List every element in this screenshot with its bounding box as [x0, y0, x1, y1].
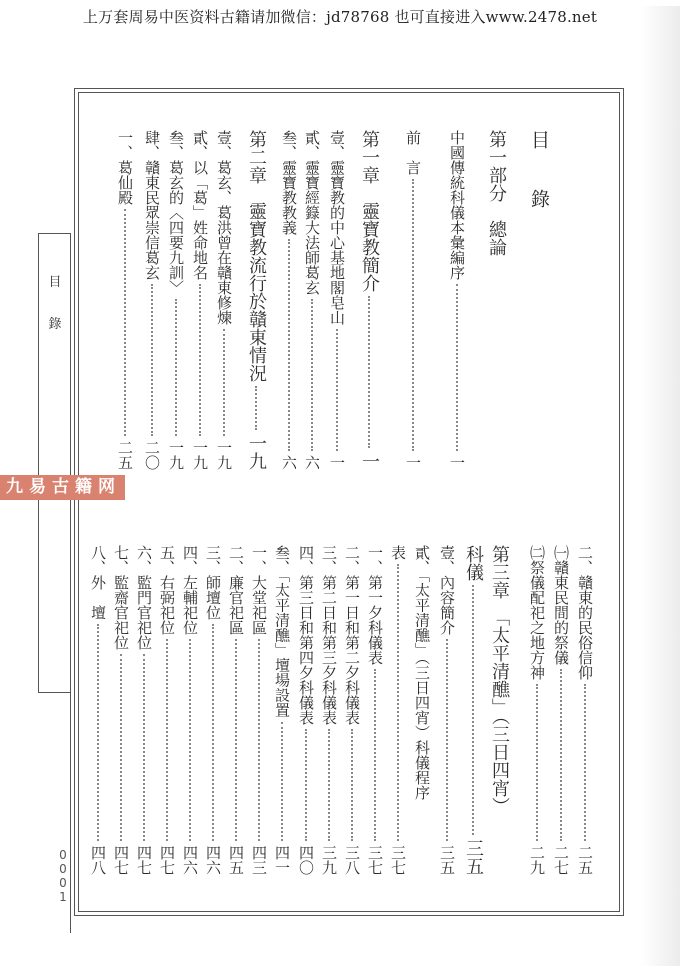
toc-entry-page: 一: [448, 455, 466, 470]
toc-entry: 壹、葛玄、葛洪曾在贛東修煉一九: [215, 130, 233, 470]
dot-leader: [212, 624, 214, 841]
toc-entry-label: 貳、以「葛」姓命地名: [191, 130, 209, 280]
toc-entry-page: 四一: [273, 845, 291, 875]
toc-entry: 七、監齋官祀位四七: [112, 545, 130, 875]
toc-entry-page: 四〇: [297, 845, 315, 875]
toc-entry: 壹、內容簡介三五: [438, 545, 456, 875]
toc-entry-page: 二五: [116, 440, 134, 470]
toc-entry-page: 一: [404, 455, 422, 470]
toc-entry: 第二章 靈寶教流行於贛東情況一九: [245, 130, 267, 470]
toc-entry-page: 一九: [167, 440, 185, 470]
toc-entry-page: 一: [328, 455, 346, 470]
dot-leader: [472, 585, 474, 835]
dot-leader: [258, 639, 260, 841]
toc-entry: 三、第二日和第三夕科儀表三九: [320, 545, 338, 875]
toc-entry-page: 四七: [158, 845, 176, 875]
toc-entry-label: 第二章 靈寶教流行於贛東情況: [247, 130, 265, 382]
dot-leader: [124, 209, 126, 436]
toc-entry-page: 三五: [464, 839, 482, 875]
toc-entry-page: 一九: [191, 440, 209, 470]
toc-entry-label: 壹、靈寶教的中心基地閣皂山: [328, 130, 346, 325]
dot-leader: [143, 654, 145, 841]
toc-entry: 四、左輔祀位四六: [181, 545, 199, 875]
side-tab-rule: [70, 233, 71, 933]
toc-entry-page: 一: [360, 452, 378, 470]
toc-entry-label: 二、第一日和第二夕科儀表: [343, 545, 361, 725]
toc-entry-page: 一九: [247, 434, 265, 470]
toc-entry-page: 二九: [528, 845, 546, 875]
toc-entry: 第一章 靈寶教簡介一: [358, 130, 380, 470]
dot-leader: [235, 639, 237, 841]
toc-entry-label: 一、大堂祀區: [250, 545, 268, 635]
toc-entry: 二、第一日和第二夕科儀表三八: [343, 545, 361, 875]
toc-entry-label: 六、監門官祀位: [135, 545, 153, 650]
toc-entry-label: 五、右弼祀位: [158, 545, 176, 635]
toc-entry-page: 四三: [250, 845, 268, 875]
toc-entry-label: 第一部分 總論: [487, 130, 505, 256]
dot-leader: [199, 284, 201, 436]
toc-entry-page: 四六: [181, 845, 199, 875]
toc-entry: 中國傳統科儀本彙編序一: [448, 130, 466, 470]
dot-leader: [374, 669, 376, 841]
top-banner-text: 上万套周易中医资料古籍请加微信：jd78768 也可直接进入www.2478.n…: [0, 6, 680, 27]
toc-entry: 一、第一夕科儀表三七: [366, 545, 384, 875]
toc-entry: 前 言一: [404, 130, 422, 470]
toc-entry-label: 四、左輔祀位: [181, 545, 199, 635]
toc-entry: ㈡祭儀配祀之地方神二九: [528, 545, 546, 875]
toc-entry-label: 叁、「太平清醮」壇場設置: [273, 545, 291, 718]
toc-entry: 叁、靈寶教教義六: [280, 130, 298, 470]
side-tab-label: 目 錄: [46, 262, 64, 346]
dot-leader: [97, 624, 99, 841]
page-edge-shadow: [640, 6, 680, 966]
toc-entry-page: 一九: [215, 440, 233, 470]
toc-entry: 八、外 壇四八: [89, 545, 107, 875]
toc-entry-label: 貳、「太平清醮」（三日四宵）科儀程序: [413, 545, 431, 800]
toc-entry: 叁、葛玄的〈四要九訓〉一九: [167, 130, 185, 470]
toc-entry-page: 四八: [89, 845, 107, 875]
toc-entry-label: 科儀: [464, 545, 482, 581]
dot-leader: [151, 284, 153, 436]
toc-entry: 叁、「太平清醮」壇場設置四一: [273, 545, 291, 875]
toc-entry-label: ㈠贛東民間的祭儀: [552, 545, 570, 665]
toc-entry: 一、葛仙殿二五: [116, 130, 134, 470]
toc-entry-label: 前 言: [404, 130, 422, 175]
dot-leader: [584, 684, 586, 841]
toc-entry: 第一部分 總論: [485, 130, 507, 470]
toc-entry-page: 三九: [320, 845, 338, 875]
toc-entry-label: 肆、贛東民眾崇信葛玄: [143, 130, 161, 280]
dot-leader: [281, 722, 283, 842]
toc-entry-label: 三、師壇位: [204, 545, 222, 620]
toc-entry: ㈠贛東民間的祭儀二七: [552, 545, 570, 875]
toc-entry: 二、贛東的民俗信仰二五: [576, 545, 594, 875]
toc-entry-page: 六: [303, 455, 321, 470]
toc-entry-label: 叁、葛玄的〈四要九訓〉: [167, 130, 185, 295]
toc-entry-label: 中國傳統科儀本彙編序: [448, 130, 466, 280]
dot-leader: [166, 639, 168, 841]
toc-entry-label: 二、廉官祀區: [227, 545, 245, 635]
toc-entry: 貳、以「葛」姓命地名一九: [191, 130, 209, 470]
toc-entry: 壹、靈寶教的中心基地閣皂山一: [328, 130, 346, 470]
toc-entry-page: 三七: [366, 845, 384, 875]
toc-entry-label: 二、贛東的民俗信仰: [576, 545, 594, 680]
toc-entry-label: 三、第二日和第三夕科儀表: [320, 545, 338, 725]
toc-entry: 五、右弼祀位四七: [158, 545, 176, 875]
toc-entry-page: 二七: [552, 845, 570, 875]
dot-leader: [328, 729, 330, 841]
toc-entry-label: 一、葛仙殿: [116, 130, 134, 205]
toc-entry-label: 壹、內容簡介: [438, 545, 456, 635]
page-number: 0001: [56, 848, 70, 904]
toc-entry-label: 貳、靈寶經籙大法師葛玄: [303, 130, 321, 295]
toc-entry: 二、廉官祀區四五: [227, 545, 245, 875]
toc-entry-page: 四六: [204, 845, 222, 875]
toc-entry: 六、監門官祀位四七: [135, 545, 153, 875]
dot-leader: [560, 669, 562, 841]
toc-entry: 三、師壇位四六: [204, 545, 222, 875]
dot-leader: [255, 386, 257, 430]
dot-leader: [189, 639, 191, 841]
toc-title-text: 目錄: [530, 130, 548, 248]
watermark-banner: 九易古籍网: [0, 475, 125, 500]
dot-leader: [288, 239, 290, 451]
toc-entry-label: ㈡祭儀配祀之地方神: [528, 545, 546, 680]
toc-entry: 第三章 「太平清醮」（三日四宵）: [488, 545, 510, 875]
toc-entry: 肆、贛東民眾崇信葛玄二〇: [143, 130, 161, 470]
toc-title: 目錄: [530, 130, 548, 250]
toc-entry: 科儀三五: [462, 545, 484, 875]
toc-entry-page: 三八: [343, 845, 361, 875]
toc-entry: 貳、靈寶經籙大法師葛玄六: [303, 130, 321, 470]
dot-leader: [446, 639, 448, 841]
dot-leader: [456, 284, 458, 451]
toc-entry-page: 四七: [135, 845, 153, 875]
dot-leader: [412, 179, 414, 451]
toc-entry-label: 一、第一夕科儀表: [366, 545, 384, 665]
toc-entry-label: 四、第三日和第四夕科儀表: [297, 545, 315, 725]
toc-entry-label: 七、監齋官祀位: [112, 545, 130, 650]
dot-leader: [223, 329, 225, 436]
dot-leader: [336, 329, 338, 451]
toc-entry-page: 三五: [438, 845, 456, 875]
toc-entry-page: 三七: [389, 845, 407, 875]
dot-leader: [351, 729, 353, 841]
dot-leader: [397, 564, 399, 841]
toc-entry-page: 四五: [227, 845, 245, 875]
toc-entry-label: 表: [389, 545, 407, 560]
toc-entry-page: 六: [280, 455, 298, 470]
toc-entry-label: 第一章 靈寶教簡介: [360, 130, 378, 292]
dot-leader: [175, 299, 177, 436]
toc-entry: 四、第三日和第四夕科儀表四〇: [297, 545, 315, 875]
dot-leader: [311, 299, 313, 451]
dot-leader: [536, 684, 538, 841]
toc-entry-page: 二〇: [143, 440, 161, 470]
toc-entry-page: 四七: [112, 845, 130, 875]
dot-leader: [120, 654, 122, 841]
toc-entry-label: 壹、葛玄、葛洪曾在贛東修煉: [215, 130, 233, 325]
toc-entry-label: 叁、靈寶教教義: [280, 130, 298, 235]
toc-entry: 一、大堂祀區四三: [250, 545, 268, 875]
dot-leader: [368, 296, 370, 448]
toc-entry: 貳、「太平清醮」（三日四宵）科儀程序: [413, 545, 431, 875]
toc-entry-label: 八、外 壇: [89, 545, 107, 620]
toc-entry: 表三七: [389, 545, 407, 875]
dot-leader: [305, 729, 307, 841]
toc-entry-label: 第三章 「太平清醮」（三日四宵）: [490, 545, 508, 815]
toc-entry-page: 二五: [576, 845, 594, 875]
